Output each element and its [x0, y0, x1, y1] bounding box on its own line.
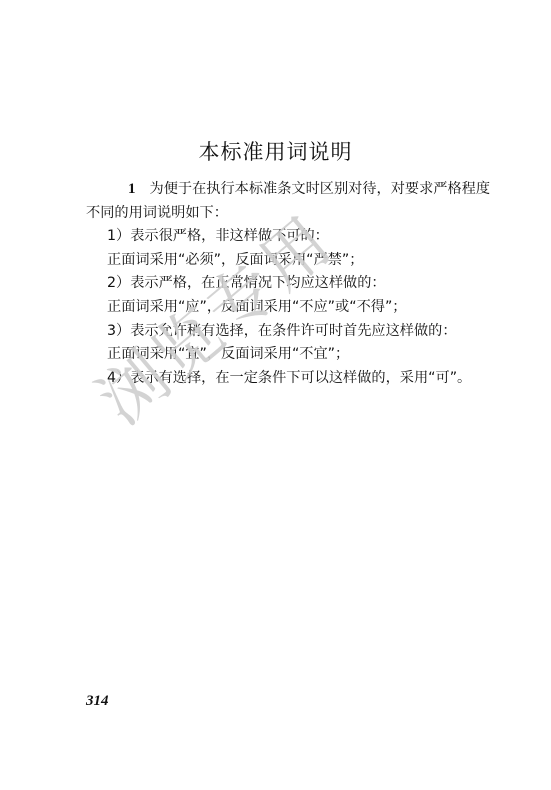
list-item-marker: 4）: [107, 370, 130, 386]
list-item-detail: 正面词采用“宜”，反面词采用“不宜”；: [107, 343, 477, 367]
page-number: 314: [86, 693, 109, 710]
clause-intro-line: 1为便于在执行本标准条文时区别对待，对要求严格程度: [107, 178, 477, 202]
list-item-text: 表示严格，在正常情况下均应这样做的：: [130, 275, 385, 291]
list-item: 2）表示严格，在正常情况下均应这样做的：: [107, 272, 477, 296]
list-item: 4）表示有选择，在一定条件下可以这样做的，采用“可”。: [107, 367, 477, 391]
clause-intro-text: 为便于在执行本标准条文时区别对待，对要求严格程度: [150, 181, 491, 197]
list-item: 1）表示很严格，非这样做不可的：: [107, 225, 477, 249]
list-item: 3）表示允许稍有选择，在条件许可时首先应这样做的：: [107, 320, 477, 344]
clause-intro-continuation: 不同的用词说明如下：: [86, 202, 477, 226]
list-item-marker: 2）: [107, 275, 130, 291]
list-item-marker: 3）: [107, 323, 130, 339]
clause-number: 1: [128, 181, 136, 197]
list-item-detail: 正面词采用“必须”，反面词采用“严禁”；: [107, 249, 477, 273]
list-item-detail: 正面词采用“应”，反面词采用“不应”或“不得”；: [107, 296, 477, 320]
document-page: 本标准用词说明 1为便于在执行本标准条文时区别对待，对要求严格程度 不同的用词说…: [0, 0, 551, 790]
list-item-text: 表示很严格，非这样做不可的：: [130, 228, 329, 244]
list-item-text: 表示有选择，在一定条件下可以这样做的，采用“可”。: [130, 370, 471, 386]
list-item-marker: 1）: [107, 228, 130, 244]
page-title: 本标准用词说明: [0, 136, 551, 166]
clause-body: 1为便于在执行本标准条文时区别对待，对要求严格程度 不同的用词说明如下： 1）表…: [107, 178, 477, 390]
list-item-text: 表示允许稍有选择，在条件许可时首先应这样做的：: [130, 323, 456, 339]
